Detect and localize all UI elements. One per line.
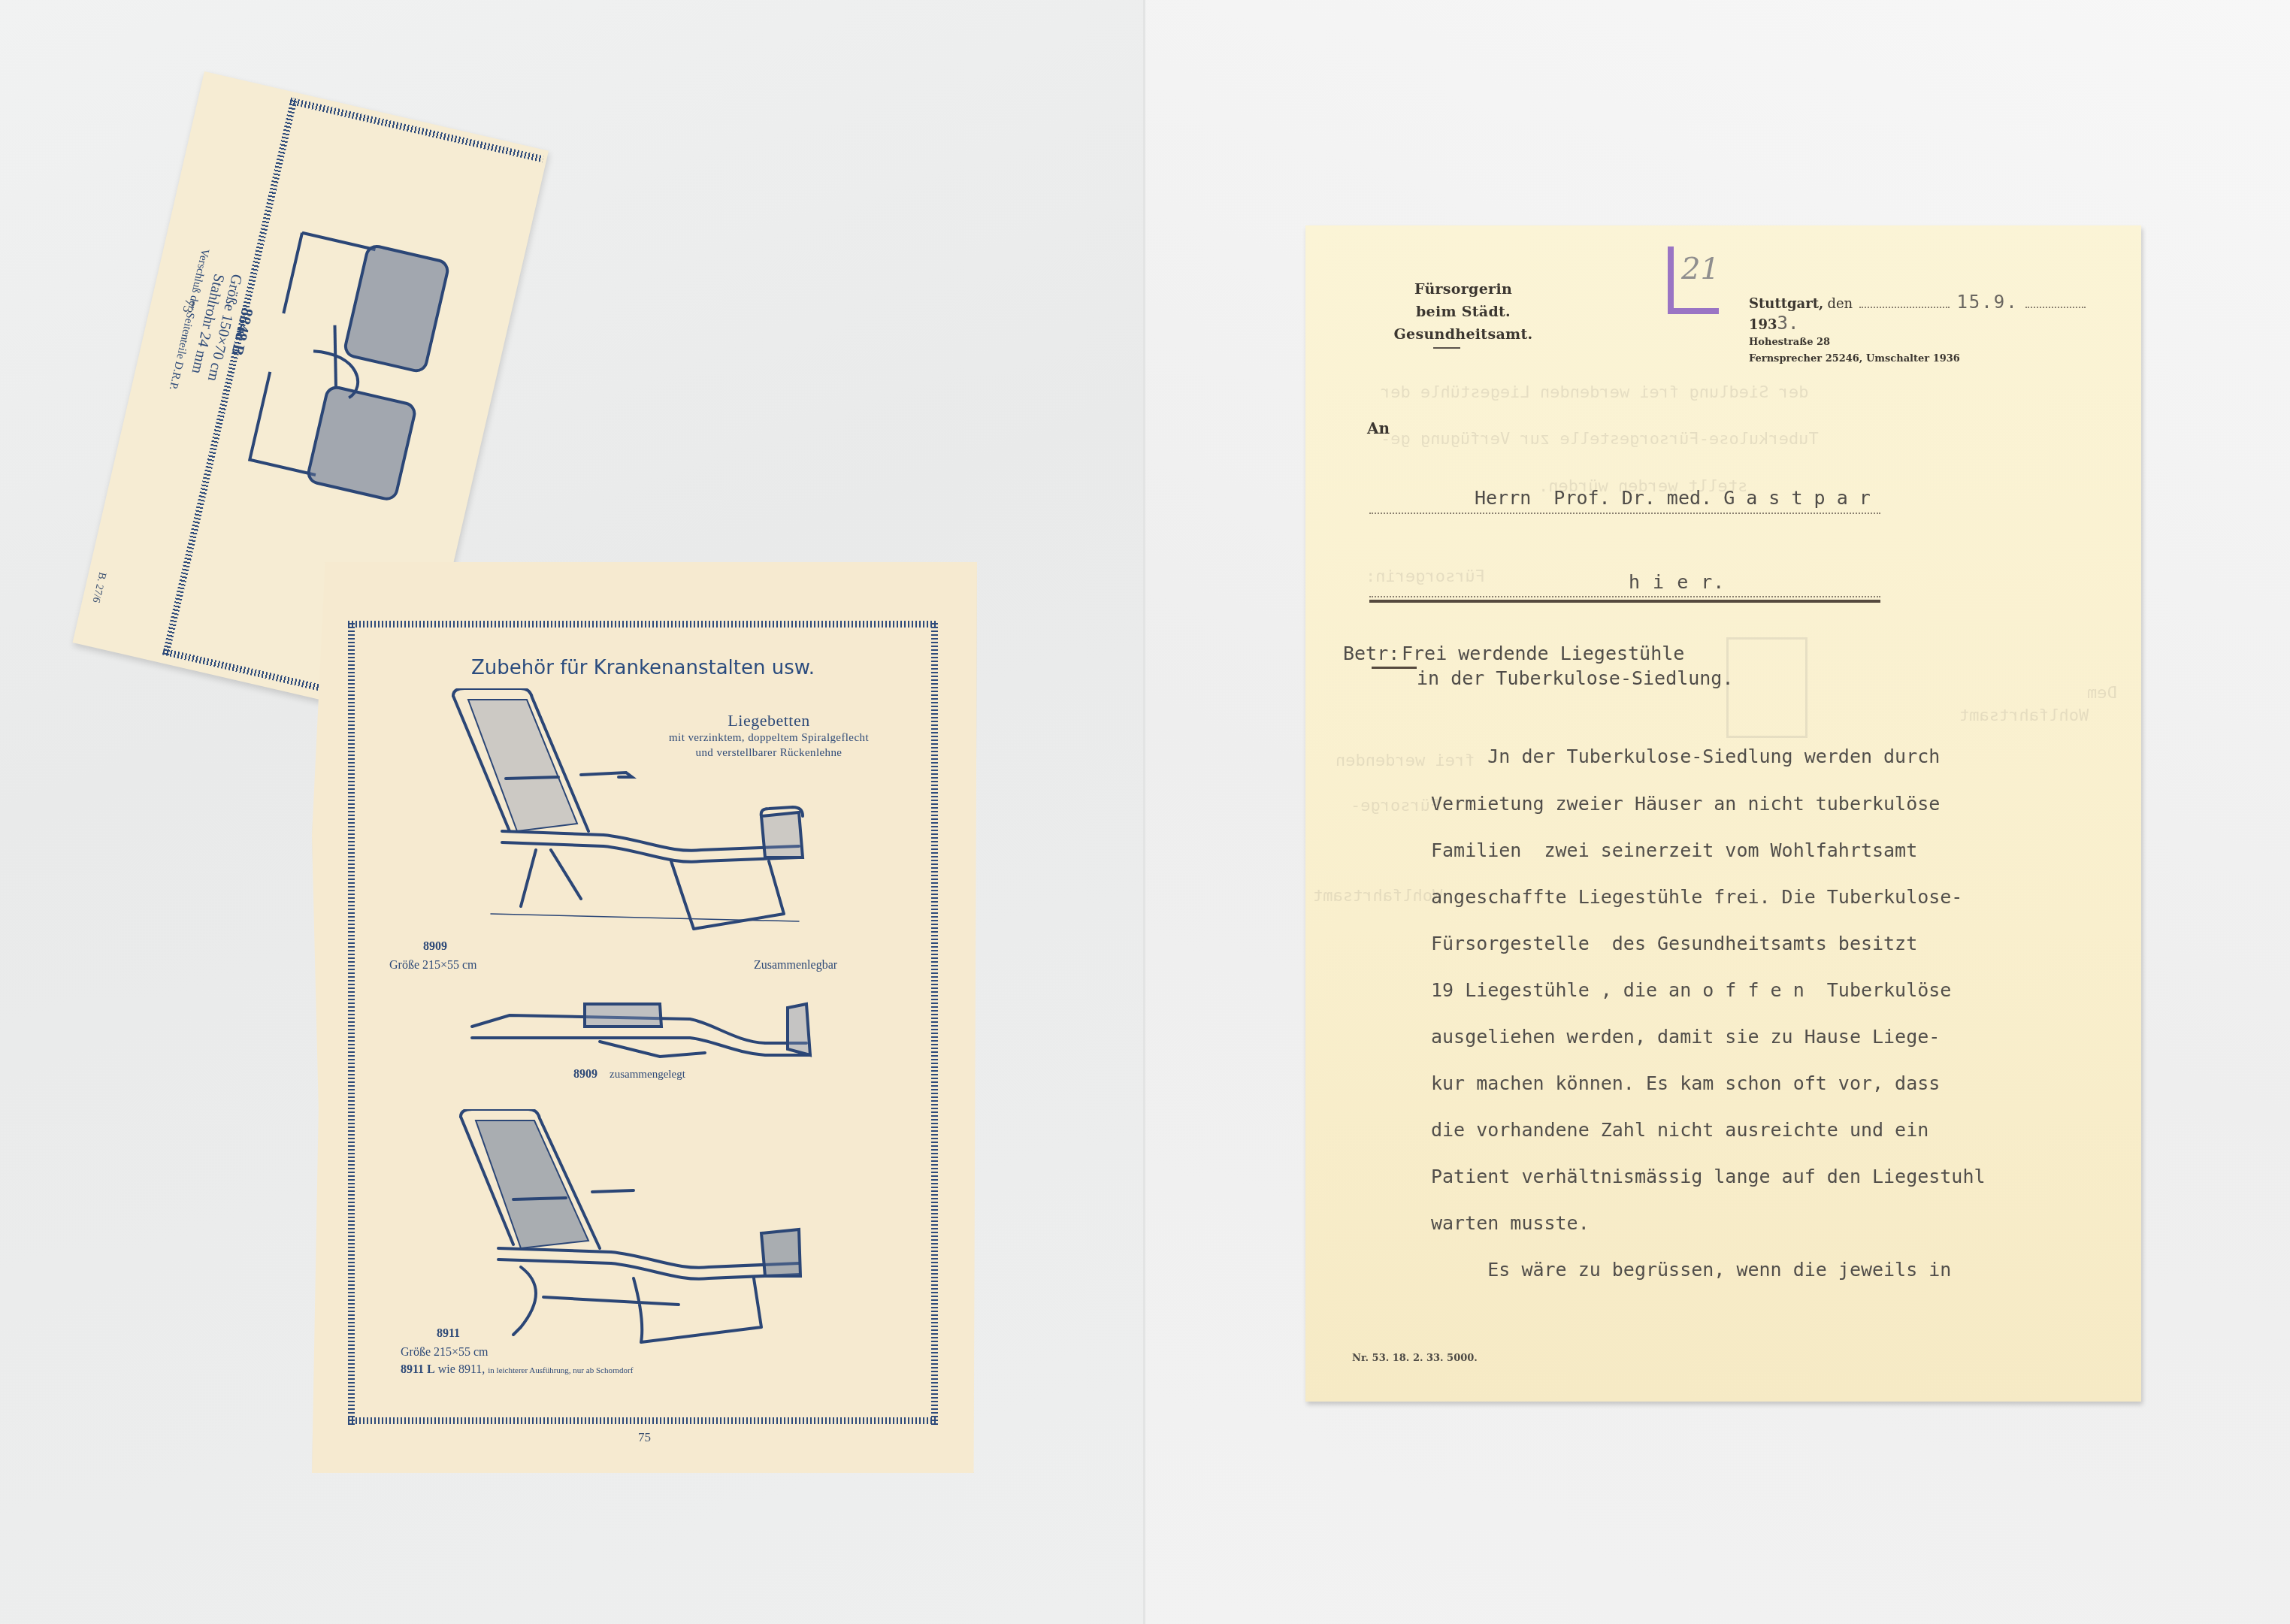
date-dots	[1859, 307, 1950, 308]
lounger-8911-illustration	[453, 1109, 829, 1350]
show-through-stamp	[1726, 637, 1807, 738]
betr-underline	[1372, 667, 1417, 669]
show-through-line: der Siedlung frei werdenden Liegestühle …	[1381, 383, 1809, 402]
page-number: 73	[179, 298, 198, 314]
show-through-line: Tuberkulose-Fürsorgestelle zur Verfügung…	[1381, 430, 1819, 449]
body-line: Jn der Tuberkulose-Siedlung werden durch	[1431, 745, 1940, 767]
page-title: Zubehör für Krankenanstalten usw.	[348, 657, 938, 679]
an-label: An	[1367, 419, 1390, 437]
print-reference: B. 27/6	[89, 571, 108, 604]
item-size-8911: Größe 215×55 cm	[401, 1346, 489, 1359]
book-spine	[1143, 0, 1145, 1624]
location-dotline	[1369, 596, 1880, 597]
subject-line-2: in der Tuberkulose-Siedlung.	[1417, 667, 1733, 689]
den-label: den	[1827, 296, 1853, 312]
item-code-8909: 8909	[423, 940, 447, 954]
body-line: warten musste.	[1431, 1212, 1590, 1234]
catalogue-page-75: Zubehör für Krankenanstalten usw. Liegeb…	[312, 562, 977, 1473]
location: h i e r.	[1629, 571, 1725, 593]
form-code: Nr. 53. 18. 2. 33. 5000.	[1352, 1353, 1478, 1364]
product-caption-8848b: 8848 B Größe 150×70 cm Stahlrohr 24 mm V…	[166, 247, 268, 404]
show-through-line: Fürsorge-	[1351, 797, 1440, 815]
address: Hohestraße 28	[1749, 335, 2141, 350]
border-bottom	[348, 1417, 938, 1424]
border-left	[348, 621, 355, 1425]
item-feature-8909: Zusammenlegbar	[754, 959, 837, 972]
betr-label: Betr:	[1343, 643, 1399, 664]
date-dots	[2025, 307, 2086, 308]
body-line: die vorhandene Zahl nicht ausreichte und…	[1431, 1119, 1929, 1141]
lounger-8909-folded-illustration	[464, 996, 818, 1064]
body-line: Fürsorgestelle des Gesundheitsamts besit…	[1431, 933, 1917, 954]
folded-caption-text: zusammengelegt	[610, 1069, 685, 1081]
typed-letter: der Siedlung frei werdenden Liegestühle …	[1305, 225, 2141, 1402]
handwritten-number: 21	[1681, 252, 1720, 286]
letterhead-line-2: beim Städt. Gesundheitsamt.	[1358, 301, 1569, 346]
city: Stuttgart,	[1749, 296, 1823, 312]
item-size-8909: Größe 215×55 cm	[389, 959, 477, 972]
body-line: 19 Liegestühle , die an o f f e n Tuberk…	[1431, 979, 1951, 1001]
body-line: angeschaffte Liegestühle frei. Die Tuber…	[1431, 886, 1962, 908]
folding-chair-illustration	[239, 224, 472, 513]
border-right	[931, 621, 938, 1425]
subject-line-1: Frei werdende Liegestühle	[1402, 643, 1684, 664]
letterhead-rule	[1433, 347, 1460, 349]
show-through-line: Wohlfahrtsamt	[1959, 706, 2089, 725]
phone: Fernsprecher 25246, Umschalter 1936	[1749, 352, 2141, 367]
date-year-prefix: 193	[1749, 317, 1777, 333]
date-year-suffix: 3.	[1777, 313, 1799, 334]
variant-text: wie 8911,	[438, 1363, 486, 1376]
location-underline	[1369, 600, 1880, 603]
show-through-line: Dem	[2087, 684, 2117, 703]
recipient: Herrn Prof. Dr. med. G a s t p a r	[1475, 487, 1871, 509]
body-line: Es wäre zu begrüssen, wenn die jeweils i…	[1431, 1259, 1951, 1281]
date-day-month: 15.9.	[1956, 292, 2018, 313]
border-top	[348, 621, 938, 628]
lounger-8909-illustration	[446, 688, 821, 936]
letterhead-sender: Fürsorgerin beim Städt. Gesundheitsamt.	[1358, 278, 1569, 346]
letterhead-place-date: Stuttgart, den 15.9. 1933. Hohestraße 28…	[1749, 292, 2141, 367]
folded-caption-code: 8909	[573, 1068, 597, 1081]
variant-line: 8911 L wie 8911, in leichterer Ausführun…	[401, 1363, 633, 1377]
body-line: kur machen können. Es kam schon oft vor,…	[1431, 1072, 1940, 1094]
show-through-line: Fürsorgerin:	[1366, 567, 1485, 586]
body-line: Patient verhältnismässig lange auf den L…	[1431, 1166, 1986, 1187]
body-line: Familien zwei seinerzeit vom Wohlfahrtsa…	[1431, 839, 1917, 861]
page-number: 75	[312, 1430, 977, 1445]
item-code-8911: 8911	[437, 1327, 460, 1341]
variant-note: in leichterer Ausführung, nur ab Schornd…	[488, 1366, 633, 1375]
page-border: Zubehör für Krankenanstalten usw. Liegeb…	[348, 621, 938, 1426]
body-line: Vermietung zweier Häuser an nicht tuberk…	[1431, 793, 1940, 815]
recipient-dotline	[1369, 513, 1880, 514]
letterhead-line-1: Fürsorgerin	[1358, 278, 1569, 301]
variant-code: 8911 L	[401, 1363, 435, 1376]
show-through-line: Wohlfahrtsamt	[1313, 887, 1442, 906]
body-line: ausgeliehen werden, damit sie zu Hause L…	[1431, 1026, 1940, 1048]
